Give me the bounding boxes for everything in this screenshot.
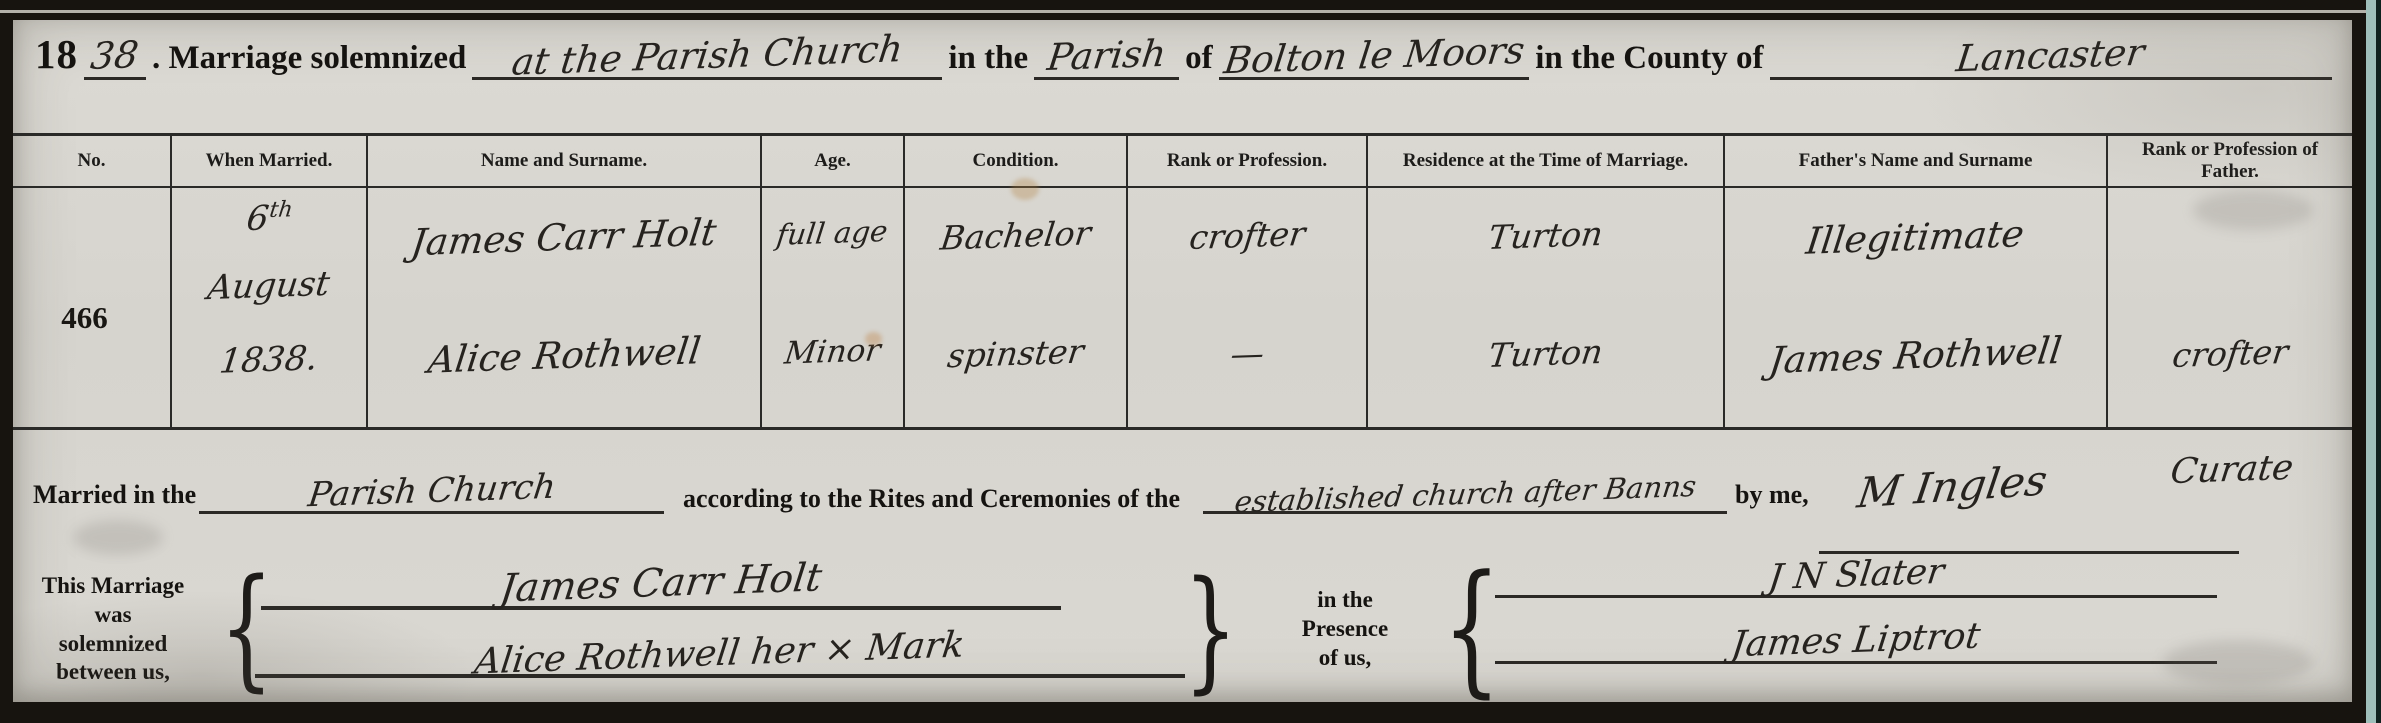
entry-number: 466 [13, 300, 156, 336]
heading-county: in the County of [1535, 40, 1763, 77]
year-printed: 18 [35, 30, 78, 78]
heading-printed-title: . Marriage solemnized [152, 40, 466, 77]
close-brace-parties: } [1184, 563, 1238, 695]
witness2-signature-line: James Liptrot [1495, 602, 2217, 664]
cell-name: James Carr Holt Alice Rothwell [368, 188, 760, 428]
book-edge-highlight [0, 10, 2381, 13]
bleed-through-smudge [2163, 640, 2313, 685]
bride-signature-line: Alice Rothwell her × Mark [255, 614, 1185, 678]
bride-father-rank: crofter [2108, 334, 2352, 373]
county-blank: Lancaster [1770, 34, 2332, 80]
church-blank: Parish Church [199, 448, 664, 514]
column-header-name: Name and Surname. [368, 136, 760, 188]
bride-name: Alice Rothwell [368, 334, 760, 377]
year-blank: 38 [84, 34, 146, 80]
cell-when-married: 6th August 1838. [172, 188, 366, 428]
marriage-month: August [172, 266, 366, 306]
solemnized-label: This Marriage was solemnized between us, [15, 572, 211, 687]
register-page: 18 38 . Marriage solemnized at the Paris… [13, 20, 2352, 702]
bride-condition: spinster [905, 334, 1126, 373]
column-header-father-name: Father's Name and Surname [1725, 136, 2106, 188]
according-label: according to the Rites and Ceremonies of… [683, 484, 1180, 514]
cell-no: 466 [13, 188, 170, 428]
officiant-title: Curate [2171, 450, 2293, 490]
column-header-residence: Residence at the Time of Marriage. [1368, 136, 1723, 188]
column-header-rank: Rank or Profession. [1128, 136, 1366, 188]
groom-age: full age [762, 216, 903, 250]
column-no: No. 466 [13, 136, 172, 427]
page-heading: 18 38 . Marriage solemnized at the Paris… [35, 30, 2338, 80]
scan-border [2376, 0, 2381, 723]
column-rank: Rank or Profession. crofter — [1128, 136, 1368, 427]
rites-handwritten: established church after Banns [1232, 469, 1697, 519]
ink-stain [865, 332, 882, 346]
bleed-through-smudge [73, 520, 163, 555]
heading-of: of [1185, 40, 1213, 77]
page-edge-strip [2366, 0, 2376, 723]
column-father-name: Father's Name and Surname Illegitimate J… [1725, 136, 2108, 427]
column-when-married: When Married. 6th August 1838. [172, 136, 368, 427]
ink-stain [1011, 178, 1039, 200]
bride-signature: Alice Rothwell her × Mark [473, 625, 968, 683]
groom-name: James Carr Holt [368, 216, 760, 259]
column-name: Name and Surname. James Carr Holt Alice … [368, 136, 762, 427]
parish-name-handwritten: Bolton le Moors [1221, 29, 1526, 82]
officiant-signature: M Ingles [1859, 462, 2046, 511]
married-in-the-label: Married in the [33, 480, 196, 510]
presence-label: in the Presence of us, [1265, 586, 1425, 672]
groom-residence: Turton [1368, 216, 1723, 255]
bride-residence: Turton [1368, 334, 1723, 373]
groom-signature-line: James Carr Holt [261, 544, 1061, 610]
open-brace-witnesses: { [1442, 557, 1501, 700]
witness2-signature: James Liptrot [1729, 616, 1983, 666]
column-header-age: Age. [762, 136, 903, 188]
place-handwritten: at the Parish Church [509, 27, 905, 84]
heading-in-the: in the [948, 40, 1028, 77]
marriage-day: 6th [172, 198, 366, 238]
column-father-rank: Rank or Profession of Father. crofter [2108, 136, 2352, 427]
witness1-signature: J N Slater [1766, 552, 1946, 598]
county-handwritten: Lancaster [1954, 31, 2147, 80]
groom-condition: Bachelor [905, 216, 1126, 255]
place-blank: at the Parish Church [472, 34, 942, 80]
column-header-father-rank: Rank or Profession of Father. [2108, 136, 2352, 188]
groom-rank: crofter [1128, 216, 1366, 255]
cell-condition: Bachelor spinster [905, 188, 1126, 428]
register-scan: 18 38 . Marriage solemnized at the Paris… [0, 0, 2381, 723]
bride-father-name: James Rothwell [1725, 334, 2106, 377]
marriage-year: 1838. [172, 340, 366, 380]
bride-rank: — [1128, 334, 1366, 373]
column-age: Age. full age Minor [762, 136, 905, 427]
groom-signature: James Carr Holt [498, 555, 825, 611]
by-me-label: by me, [1735, 480, 1809, 510]
year-handwritten: 38 [89, 33, 142, 78]
church-handwritten: Parish Church [305, 467, 557, 516]
column-residence: Residence at the Time of Marriage. Turto… [1368, 136, 1725, 427]
column-header-no: No. [13, 136, 170, 188]
parish-word-handwritten: Parish [1045, 32, 1169, 79]
groom-father-name: Illegitimate [1725, 216, 2106, 259]
marriage-register-table: No. 466 When Married. 6th August 1838. N… [13, 133, 2352, 430]
cell-father-name: Illegitimate James Rothwell [1725, 188, 2106, 428]
witness1-signature-line: J N Slater [1495, 536, 2217, 598]
cell-residence: Turton Turton [1368, 188, 1723, 428]
parish-word-blank: Parish [1034, 34, 1179, 80]
rites-blank: established church after Banns [1203, 452, 1727, 514]
parish-name-blank: Bolton le Moors [1219, 34, 1530, 80]
column-header-when-married: When Married. [172, 136, 366, 188]
cell-age: full age Minor [762, 188, 903, 428]
bleed-through-smudge [2193, 190, 2313, 230]
cell-rank: crofter — [1128, 188, 1366, 428]
